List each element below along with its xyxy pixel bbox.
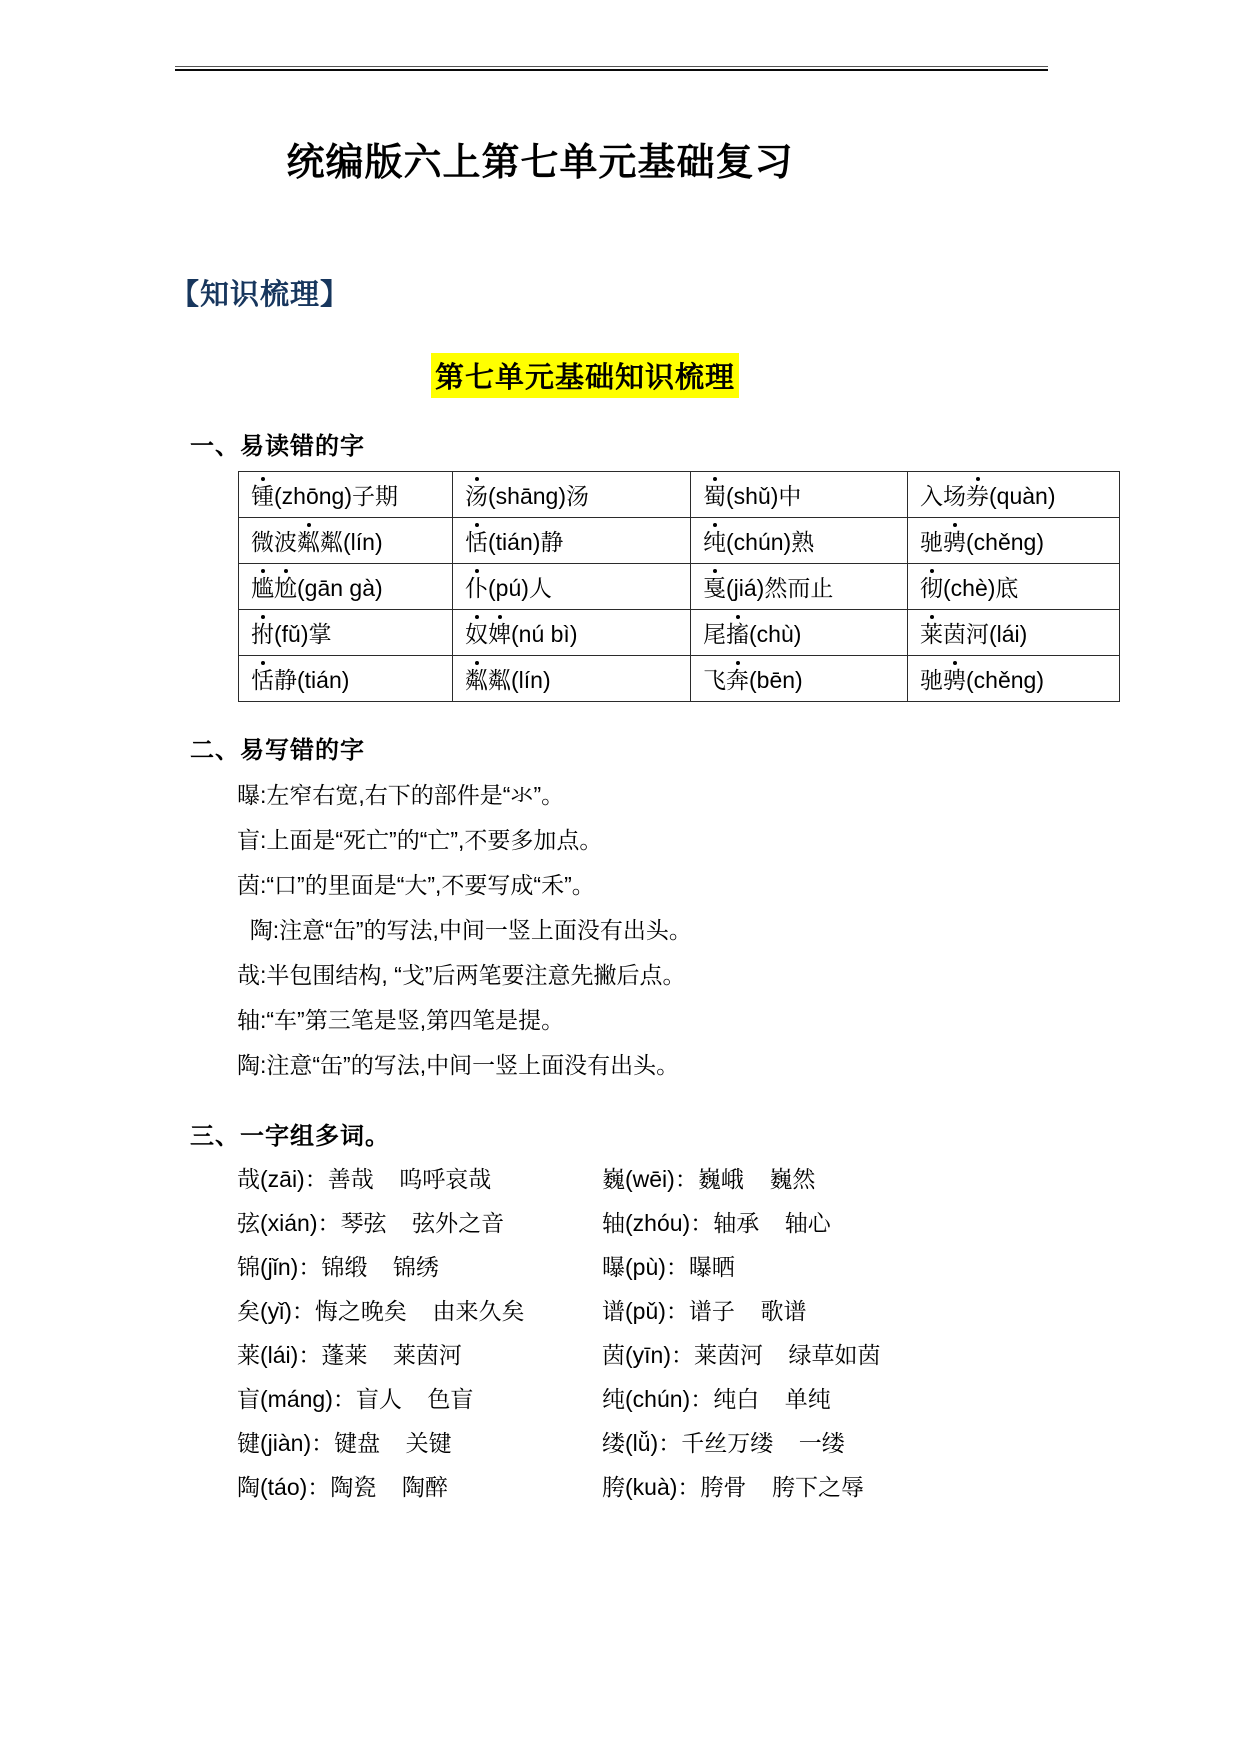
word-group-line: 哉(zāi)：善哉 呜呼哀哉巍(wēi)：巍峨 巍然 [237, 1157, 1151, 1201]
word-group-right: 胯(kuà)：胯骨 胯下之辱 [602, 1465, 1151, 1509]
section-heading-readable-chars: 一、易读错的字 [190, 426, 1151, 461]
word-group-right: 巍(wēi)：巍峨 巍然 [602, 1157, 1151, 1201]
word-group-line: 矣(yǐ)：悔之晚矣 由来久矣谱(pǔ)：谱子 歌谱 [237, 1289, 1151, 1333]
word-group-line: 锦(jǐn)：锦缎 锦绣曝(pù)：曝晒 [237, 1245, 1151, 1289]
emphasized-char: 恬 [251, 667, 274, 693]
word-group-right: 茵(yīn)：莱茵河 绿草如茵 [602, 1333, 1151, 1377]
document-page: 统编版六上第七单元基础复习 【知识梳理】 第七单元基础知识梳理 一、易读错的字 … [0, 0, 1241, 1754]
unit-heading-wrap: 第七单元基础知识梳理 [170, 353, 1000, 398]
emphasized-char: 骋 [943, 529, 966, 555]
pinyin-cell: 飞奔(bēn) [691, 656, 908, 702]
pinyin-cell: 恬静(tián) [239, 656, 453, 702]
word-group-lines: 哉(zāi)：善哉 呜呼哀哉巍(wēi)：巍峨 巍然弦(xián)：琴弦 弦外之… [237, 1157, 1151, 1509]
table-row: 锺(zhōng)子期汤(shāng)汤蜀(shǔ)中入场券(quàn) [239, 472, 1120, 518]
emphasized-char: 奴 [465, 621, 488, 647]
emphasized-char: 奔 [726, 667, 749, 693]
miswrite-line: 曝:左窄右宽,右下的部件是“氺”。 [237, 773, 1151, 818]
pinyin-cell: 驰骋(chěng) [908, 518, 1120, 564]
word-group-line: 弦(xián)：琴弦 弦外之音轴(zhóu)：轴承 轴心 [237, 1201, 1151, 1245]
word-group-right: 谱(pǔ)：谱子 歌谱 [602, 1289, 1151, 1333]
pinyin-cell: 驰骋(chěng) [908, 656, 1120, 702]
pinyin-cell: 恬(tián)静 [453, 518, 691, 564]
word-group-left: 莱(lái)：蓬莱 莱茵河 [237, 1333, 602, 1377]
miswrite-lines: 曝:左窄右宽,右下的部件是“氺”。盲:上面是“死亡”的“亡”,不要多加点。茵:“… [237, 773, 1151, 1088]
word-group-line: 键(jiàn)：键盘 关键缕(lǚ)：千丝万缕 一缕 [237, 1421, 1151, 1465]
emphasized-char: 粼 [465, 667, 488, 693]
miswrite-line: 茵:“口”的里面是“大”,不要写成“禾”。 [237, 863, 1151, 908]
miswrite-line: 轴:“车”第三笔是竖,第四笔是提。 [237, 998, 1151, 1043]
knowledge-section-heading: 【知识梳理】 [170, 272, 1151, 313]
table-row: 恬静(tián)粼粼(lín)飞奔(bēn)驰骋(chěng) [239, 656, 1120, 702]
word-group-left: 陶(táo)：陶瓷 陶醉 [237, 1465, 602, 1509]
table-row: 尴尬(gān gà)仆(pú)人戛(jiá)然而止彻(chè)底 [239, 564, 1120, 610]
miswrite-line: 哉:半包围结构, “戈”后两笔要注意先撇后点。 [237, 953, 1151, 998]
emphasized-char: 尬 [274, 575, 297, 601]
emphasized-char: 蜀 [703, 483, 726, 509]
pinyin-cell: 入场券(quàn) [908, 472, 1120, 518]
pinyin-cell: 汤(shāng)汤 [453, 472, 691, 518]
word-group-right: 纯(chún)：纯白 单纯 [602, 1377, 1151, 1421]
word-group-left: 哉(zāi)：善哉 呜呼哀哉 [237, 1157, 602, 1201]
emphasized-char: 拊 [251, 621, 274, 647]
emphasized-char: 戛 [703, 575, 726, 601]
pinyin-cell: 仆(pú)人 [453, 564, 691, 610]
emphasized-char: 锺 [251, 483, 274, 509]
pinyin-cell: 彻(chè)底 [908, 564, 1120, 610]
emphasized-char: 券 [966, 483, 989, 509]
word-group-left: 矣(yǐ)：悔之晚矣 由来久矣 [237, 1289, 602, 1333]
miswrite-line: 陶:注意“缶”的写法,中间一竖上面没有出头。 [237, 1043, 1151, 1088]
document-content: 统编版六上第七单元基础复习 【知识梳理】 第七单元基础知识梳理 一、易读错的字 … [0, 66, 1241, 1509]
emphasized-char: 纯 [703, 529, 726, 555]
word-group-line: 莱(lái)：蓬莱 莱茵河茵(yīn)：莱茵河 绿草如茵 [237, 1333, 1151, 1377]
emphasized-char: 恬 [465, 529, 488, 555]
readable-chars-table: 锺(zhōng)子期汤(shāng)汤蜀(shǔ)中入场券(quàn)微波粼粼(… [238, 471, 1120, 702]
miswrite-line: 陶:注意“缶”的写法,中间一竖上面没有出头。 [237, 908, 1151, 953]
pinyin-cell: 戛(jiá)然而止 [691, 564, 908, 610]
emphasized-char: 骋 [943, 667, 966, 693]
page-title: 统编版六上第七单元基础复习 [170, 131, 910, 186]
word-group-right: 缕(lǚ)：千丝万缕 一缕 [602, 1421, 1151, 1465]
pinyin-cell: 微波粼粼(lín) [239, 518, 453, 564]
section-heading-miswritten-chars: 二、易写错的字 [190, 730, 1151, 765]
pinyin-cell: 莱茵河(lái) [908, 610, 1120, 656]
pinyin-cell: 尾搐(chù) [691, 610, 908, 656]
miswrite-line: 盲:上面是“死亡”的“亡”,不要多加点。 [237, 818, 1151, 863]
word-group-line: 盲(máng)：盲人 色盲纯(chún)：纯白 单纯 [237, 1377, 1151, 1421]
pinyin-cell: 蜀(shǔ)中 [691, 472, 908, 518]
emphasized-char: 尴 [251, 575, 274, 601]
table-row: 微波粼粼(lín)恬(tián)静纯(chún)熟驰骋(chěng) [239, 518, 1120, 564]
pinyin-cell: 拊(fǔ)掌 [239, 610, 453, 656]
emphasized-char: 粼 [297, 529, 320, 555]
pinyin-table-body: 锺(zhōng)子期汤(shāng)汤蜀(shǔ)中入场券(quàn)微波粼粼(… [239, 472, 1120, 702]
table-row: 拊(fǔ)掌奴婢(nú bì)尾搐(chù)莱茵河(lái) [239, 610, 1120, 656]
pinyin-cell: 奴婢(nú bì) [453, 610, 691, 656]
word-group-right: 曝(pù)：曝晒 [602, 1245, 1151, 1289]
emphasized-char: 莱 [920, 621, 943, 647]
word-group-left: 键(jiàn)：键盘 关键 [237, 1421, 602, 1465]
emphasized-char: 婢 [488, 621, 511, 647]
word-group-left: 弦(xián)：琴弦 弦外之音 [237, 1201, 602, 1245]
emphasized-char: 汤 [465, 483, 488, 509]
pinyin-cell: 纯(chún)熟 [691, 518, 908, 564]
pinyin-cell: 锺(zhōng)子期 [239, 472, 453, 518]
unit-heading-highlighted: 第七单元基础知识梳理 [431, 353, 739, 398]
pinyin-cell: 粼粼(lín) [453, 656, 691, 702]
section-heading-word-groups: 三、一字组多词。 [190, 1116, 1151, 1151]
header-rule [175, 66, 1048, 71]
emphasized-char: 仆 [465, 575, 488, 601]
emphasized-char: 彻 [920, 575, 943, 601]
pinyin-cell: 尴尬(gān gà) [239, 564, 453, 610]
word-group-right: 轴(zhóu)：轴承 轴心 [602, 1201, 1151, 1245]
emphasized-char: 搐 [726, 621, 749, 647]
word-group-line: 陶(táo)：陶瓷 陶醉胯(kuà)：胯骨 胯下之辱 [237, 1465, 1151, 1509]
word-group-left: 盲(máng)：盲人 色盲 [237, 1377, 602, 1421]
word-group-left: 锦(jǐn)：锦缎 锦绣 [237, 1245, 602, 1289]
